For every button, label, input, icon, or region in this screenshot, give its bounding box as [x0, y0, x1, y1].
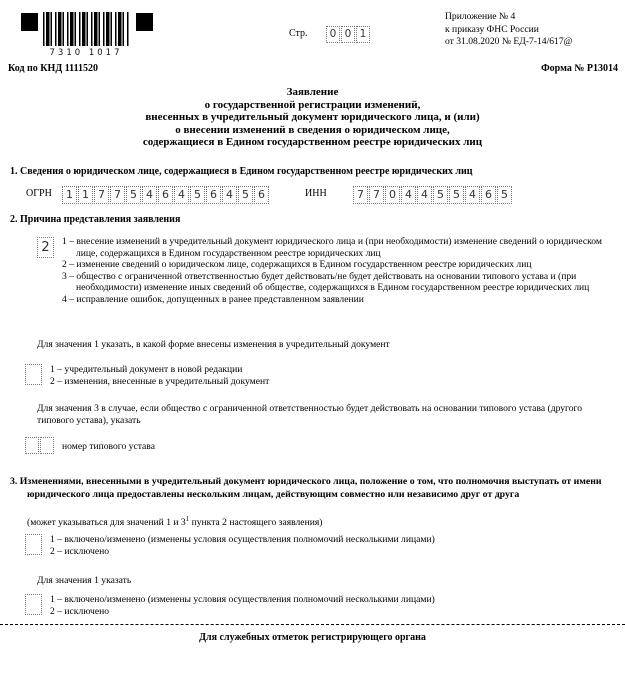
- charter-number-label: номер типового устава: [62, 441, 155, 453]
- form-change-checkbox[interactable]: [25, 364, 42, 385]
- form-number: Форма № Р13014: [541, 63, 618, 74]
- option-item: 2 – изменение сведений о юридическом лиц…: [62, 259, 613, 271]
- option-item: 1 – внесение изменений в учредительный д…: [62, 236, 613, 259]
- digit-cell[interactable]: 1: [78, 186, 93, 204]
- reason-options: 1 – внесение изменений в учредительный д…: [62, 236, 613, 306]
- charter-number-cells[interactable]: [25, 437, 55, 455]
- annex-line: от 31.08.2020 № ЕД-7-14/617@: [445, 36, 572, 49]
- option-item: 1 – включено/изменено (изменены условия …: [50, 594, 590, 606]
- section3-heading: 3. Изменениями, внесенными в учредительн…: [10, 476, 607, 501]
- value1-options: 1 – включено/изменено (изменены условия …: [50, 594, 590, 617]
- digit-cell[interactable]: 5: [126, 186, 141, 204]
- section2-heading: 2. Причина представления заявления: [10, 214, 180, 225]
- form-page: 7310 1017 Стр. 001 Приложение № 4 к прик…: [0, 0, 625, 695]
- digit-cell[interactable]: 0: [385, 186, 400, 204]
- annex-line: к приказу ФНС России: [445, 24, 572, 37]
- digit-cell[interactable]: 6: [158, 186, 173, 204]
- inn-label: ИНН: [305, 188, 327, 199]
- form-change-note: Для значения 1 указать, в какой форме вн…: [37, 339, 390, 351]
- reason-checkbox[interactable]: 2: [37, 237, 54, 258]
- corner-mark-right: [136, 13, 153, 31]
- section1-heading: 1. Сведения о юридическом лице, содержащ…: [10, 166, 473, 177]
- digit-cell[interactable]: [40, 437, 54, 454]
- digit-cell[interactable]: 7: [94, 186, 109, 204]
- service-marks-note: Для служебных отметок регистрирующего ор…: [0, 632, 625, 643]
- digit-cell[interactable]: 6: [206, 186, 221, 204]
- value1-checkbox[interactable]: [25, 594, 42, 615]
- option-item: 1 – учредительный документ в новой редак…: [50, 364, 570, 376]
- digit-cell[interactable]: 4: [142, 186, 157, 204]
- digit-cell[interactable]: 7: [369, 186, 384, 204]
- digit-cell[interactable]: 1: [356, 26, 370, 43]
- digit-cell[interactable]: 4: [401, 186, 416, 204]
- digit-cell[interactable]: 5: [238, 186, 253, 204]
- option-item: 2 – исключено: [50, 546, 590, 558]
- digit-cell[interactable]: 6: [481, 186, 496, 204]
- digit-cell[interactable]: 4: [417, 186, 432, 204]
- powers-checkbox[interactable]: [25, 534, 42, 555]
- option-item: 1 – включено/изменено (изменены условия …: [50, 534, 590, 546]
- digit-cell[interactable]: 7: [110, 186, 125, 204]
- digit-cell[interactable]: 5: [449, 186, 464, 204]
- digit-cell[interactable]: 1: [62, 186, 77, 204]
- digit-cell[interactable]: 5: [433, 186, 448, 204]
- powers-options: 1 – включено/изменено (изменены условия …: [50, 534, 590, 557]
- ogrn-cells[interactable]: 1177546456456: [62, 186, 270, 204]
- digit-cell[interactable]: 4: [174, 186, 189, 204]
- knd-code: Код по КНД 1111520: [8, 63, 98, 74]
- separator-dashed-line: [0, 624, 625, 625]
- form-change-options: 1 – учредительный документ в новой редак…: [50, 364, 570, 387]
- option-item: 4 – исправление ошибок, допущенных в ран…: [62, 294, 613, 306]
- digit-cell[interactable]: 0: [326, 26, 340, 43]
- digit-cell[interactable]: 4: [222, 186, 237, 204]
- digit-cell[interactable]: [25, 437, 39, 454]
- inn-cells[interactable]: 7704455465: [353, 186, 513, 204]
- digit-cell[interactable]: 7: [353, 186, 368, 204]
- page-label: Стр.: [289, 28, 308, 39]
- digit-cell[interactable]: 4: [465, 186, 480, 204]
- section3-note: (может указываться для значений 1 и 31 п…: [27, 514, 322, 529]
- digit-cell[interactable]: 5: [497, 186, 512, 204]
- option-item: 2 – изменения, внесенные в учредительный…: [50, 376, 570, 388]
- page-number-cells[interactable]: 001: [326, 26, 371, 44]
- corner-mark-left: [21, 13, 38, 31]
- annex-line: Приложение № 4: [445, 11, 572, 24]
- option-item: 2 – исключено: [50, 606, 590, 618]
- digit-cell[interactable]: 5: [190, 186, 205, 204]
- annex-note: Приложение № 4 к приказу ФНС России от 3…: [445, 11, 572, 49]
- barcode-digits: 7310 1017: [43, 48, 129, 58]
- ogrn-label: ОГРН: [26, 188, 52, 199]
- value1-note: Для значения 1 указать: [37, 575, 131, 587]
- barcode: [43, 12, 129, 46]
- option-item: 3 – общество с ограниченной ответственно…: [62, 271, 613, 294]
- charter-note: Для значения 3 в случае, если общество с…: [37, 403, 585, 426]
- form-title: Заявление о государственной регистрации …: [0, 86, 625, 149]
- digit-cell[interactable]: 6: [254, 186, 269, 204]
- digit-cell[interactable]: 0: [341, 26, 355, 43]
